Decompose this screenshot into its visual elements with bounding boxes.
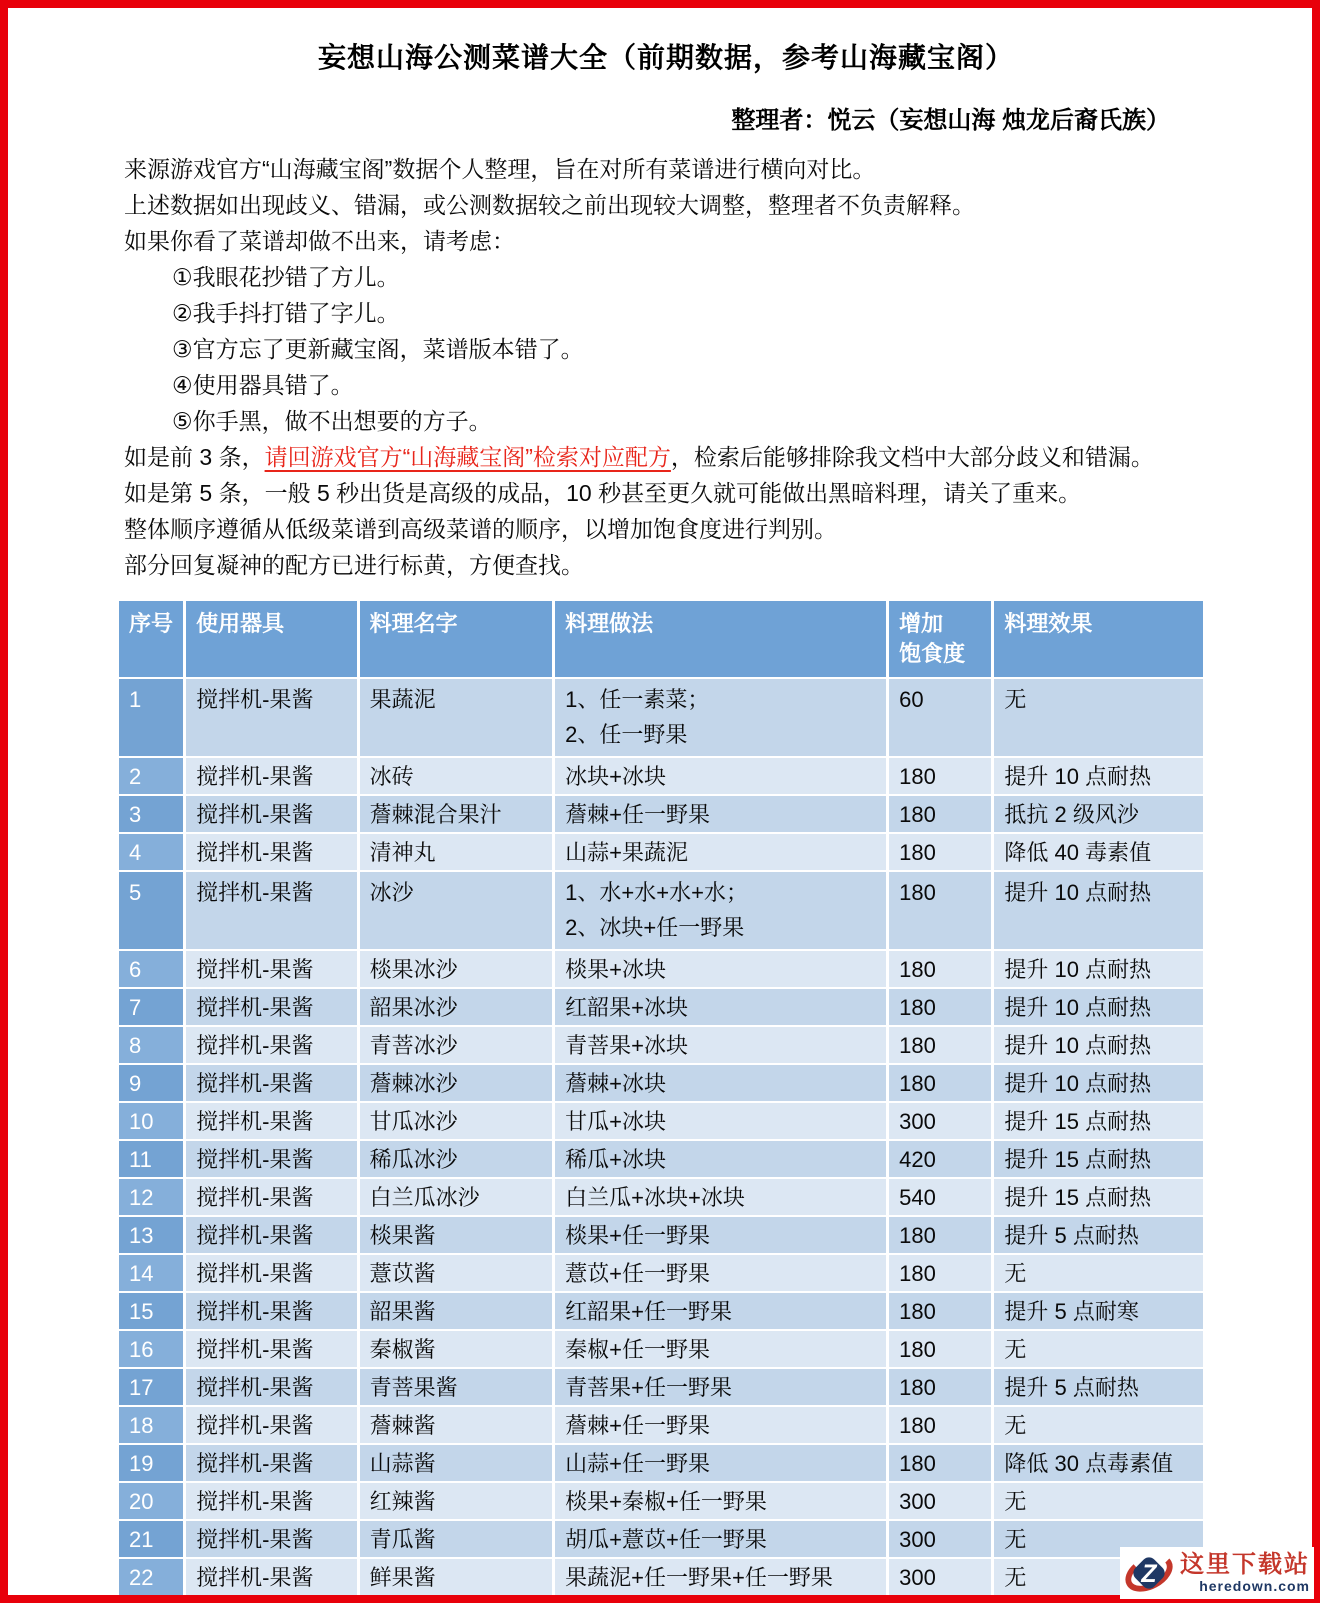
cell-serial: 13 bbox=[119, 1217, 183, 1253]
watermark-site-url: heredown.com bbox=[1199, 1578, 1310, 1594]
cell-satiety: 180 bbox=[889, 1407, 991, 1443]
cell-dish: 棪果冰沙 bbox=[360, 951, 553, 987]
cell-serial: 21 bbox=[119, 1521, 183, 1557]
table-row: 6 搅拌机-果酱 棪果冰沙 棪果+冰块 180 提升 10 点耐热 bbox=[119, 951, 1203, 987]
cell-dish: 甘瓜冰沙 bbox=[360, 1103, 553, 1139]
cell-dish: 清神丸 bbox=[360, 834, 553, 870]
table-row: 2 搅拌机-果酱 冰砖 冰块+冰块 180 提升 10 点耐热 bbox=[119, 758, 1203, 794]
reason-item-5: ⑤你手黑，做不出想要的方子。 bbox=[172, 403, 1208, 439]
cell-serial: 17 bbox=[119, 1369, 183, 1405]
svg-text:Z: Z bbox=[1140, 1561, 1157, 1588]
table-row: 20 搅拌机-果酱 红辣酱 棪果+秦椒+任一野果 300 无 bbox=[119, 1483, 1203, 1519]
cell-recipe: 棪果+任一野果 bbox=[555, 1217, 886, 1253]
cell-recipe: 稀瓜+冰块 bbox=[555, 1141, 886, 1177]
heredown-logo-icon: Z bbox=[1124, 1549, 1174, 1597]
table-row: 8 搅拌机-果酱 青菩冰沙 青菩果+冰块 180 提升 10 点耐热 bbox=[119, 1027, 1203, 1063]
cell-dish: 鲜果酱 bbox=[360, 1559, 553, 1595]
cell-recipe: 红韶果+冰块 bbox=[555, 989, 886, 1025]
cell-satiety: 180 bbox=[889, 758, 991, 794]
cell-tool: 搅拌机-果酱 bbox=[186, 951, 356, 987]
cell-effect: 提升 5 点耐热 bbox=[994, 1369, 1203, 1405]
cell-dish: 稀瓜冰沙 bbox=[360, 1141, 553, 1177]
cell-serial: 7 bbox=[119, 989, 183, 1025]
cell-dish: 韶果冰沙 bbox=[360, 989, 553, 1025]
cell-serial: 12 bbox=[119, 1179, 183, 1215]
cell-satiety: 180 bbox=[889, 1217, 991, 1253]
cell-satiety: 180 bbox=[889, 1027, 991, 1063]
reason-list: ①我眼花抄错了方儿。 ②我手抖打错了字儿。 ③官方忘了更新藏宝阁，菜谱版本错了。… bbox=[124, 259, 1208, 439]
cell-serial: 15 bbox=[119, 1293, 183, 1329]
note-recheck-suffix: ，检索后能够排除我文档中大部分歧义和错漏。 bbox=[671, 444, 1154, 470]
cell-effect: 提升 10 点耐热 bbox=[994, 951, 1203, 987]
table-row: 1 搅拌机-果酱 果蔬泥 1、任一素菜； 2、任一野果 60 无 bbox=[119, 679, 1203, 756]
cell-serial: 16 bbox=[119, 1331, 183, 1367]
cell-satiety: 180 bbox=[889, 796, 991, 832]
table-row: 7 搅拌机-果酱 韶果冰沙 红韶果+冰块 180 提升 10 点耐热 bbox=[119, 989, 1203, 1025]
cell-effect: 无 bbox=[994, 1483, 1203, 1519]
cell-serial: 8 bbox=[119, 1027, 183, 1063]
cell-serial: 20 bbox=[119, 1483, 183, 1519]
table-row: 17 搅拌机-果酱 青菩果酱 青菩果+任一野果 180 提升 5 点耐热 bbox=[119, 1369, 1203, 1405]
cell-tool: 搅拌机-果酱 bbox=[186, 679, 356, 756]
cell-satiety: 180 bbox=[889, 834, 991, 870]
table-row: 3 搅拌机-果酱 薝棘混合果汁 薝棘+任一野果 180 抵抗 2 级风沙 bbox=[119, 796, 1203, 832]
cell-recipe: 1、水+水+水+水； 2、冰块+任一野果 bbox=[555, 872, 886, 949]
watermark[interactable]: Z 这里下载站 heredown.com bbox=[1120, 1547, 1314, 1599]
cell-effect: 无 bbox=[994, 1331, 1203, 1367]
cell-dish: 青菩冰沙 bbox=[360, 1027, 553, 1063]
table-row: 12 搅拌机-果酱 白兰瓜冰沙 白兰瓜+冰块+冰块 540 提升 15 点耐热 bbox=[119, 1179, 1203, 1215]
cell-dish: 薝棘酱 bbox=[360, 1407, 553, 1443]
cell-recipe: 红韶果+任一野果 bbox=[555, 1293, 886, 1329]
cell-tool: 搅拌机-果酱 bbox=[186, 1065, 356, 1101]
cell-dish: 冰砖 bbox=[360, 758, 553, 794]
header-dish: 料理名字 bbox=[360, 601, 553, 677]
reason-item-1: ①我眼花抄错了方儿。 bbox=[172, 259, 1208, 295]
note-highlight: 部分回复凝神的配方已进行标黄，方便查找。 bbox=[124, 547, 1208, 583]
note-recheck: 如是前 3 条，请回游戏官方“山海藏宝阁”检索对应配方，检索后能够排除我文档中大… bbox=[124, 439, 1208, 475]
recipe-table: 序号 使用器具 料理名字 料理做法 增加 饱食度 料理效果 1 搅拌机-果酱 果… bbox=[116, 599, 1206, 1597]
cell-effect: 提升 10 点耐热 bbox=[994, 1027, 1203, 1063]
header-effect: 料理效果 bbox=[994, 601, 1203, 677]
cell-satiety: 180 bbox=[889, 989, 991, 1025]
header-recipe: 料理做法 bbox=[555, 601, 886, 677]
cell-serial: 18 bbox=[119, 1407, 183, 1443]
cell-recipe: 山蒜+果蔬泥 bbox=[555, 834, 886, 870]
cell-dish: 薝棘冰沙 bbox=[360, 1065, 553, 1101]
cell-recipe: 青菩果+任一野果 bbox=[555, 1369, 886, 1405]
cell-tool: 搅拌机-果酱 bbox=[186, 1103, 356, 1139]
cell-satiety: 540 bbox=[889, 1179, 991, 1215]
cell-serial: 9 bbox=[119, 1065, 183, 1101]
table-row: 16 搅拌机-果酱 秦椒酱 秦椒+任一野果 180 无 bbox=[119, 1331, 1203, 1367]
cell-effect: 提升 10 点耐热 bbox=[994, 1065, 1203, 1101]
reason-item-4: ④使用器具错了。 bbox=[172, 367, 1208, 403]
cell-effect: 提升 10 点耐热 bbox=[994, 872, 1203, 949]
cell-tool: 搅拌机-果酱 bbox=[186, 1141, 356, 1177]
treasure-pavilion-link[interactable]: 请回游戏官方“山海藏宝阁”检索对应配方 bbox=[265, 444, 671, 470]
table-row: 11 搅拌机-果酱 稀瓜冰沙 稀瓜+冰块 420 提升 15 点耐热 bbox=[119, 1141, 1203, 1177]
cell-tool: 搅拌机-果酱 bbox=[186, 1179, 356, 1215]
cell-satiety: 180 bbox=[889, 872, 991, 949]
cell-satiety: 180 bbox=[889, 1065, 991, 1101]
cell-satiety: 60 bbox=[889, 679, 991, 756]
cell-recipe: 薏苡+任一野果 bbox=[555, 1255, 886, 1291]
table-row: 14 搅拌机-果酱 薏苡酱 薏苡+任一野果 180 无 bbox=[119, 1255, 1203, 1291]
reason-item-3: ③官方忘了更新藏宝阁，菜谱版本错了。 bbox=[172, 331, 1208, 367]
cell-dish: 薏苡酱 bbox=[360, 1255, 553, 1291]
table-row: 13 搅拌机-果酱 棪果酱 棪果+任一野果 180 提升 5 点耐热 bbox=[119, 1217, 1203, 1253]
cell-dish: 秦椒酱 bbox=[360, 1331, 553, 1367]
table-row: 5 搅拌机-果酱 冰沙 1、水+水+水+水； 2、冰块+任一野果 180 提升 … bbox=[119, 872, 1203, 949]
cell-recipe: 山蒜+任一野果 bbox=[555, 1445, 886, 1481]
cell-satiety: 300 bbox=[889, 1483, 991, 1519]
cell-recipe: 秦椒+任一野果 bbox=[555, 1331, 886, 1367]
cell-recipe: 白兰瓜+冰块+冰块 bbox=[555, 1179, 886, 1215]
intro-line-3: 如果你看了菜谱却做不出来，请考虑： bbox=[124, 223, 1208, 259]
cell-satiety: 420 bbox=[889, 1141, 991, 1177]
cell-tool: 搅拌机-果酱 bbox=[186, 1521, 356, 1557]
cell-effect: 提升 10 点耐热 bbox=[994, 989, 1203, 1025]
cell-effect: 无 bbox=[994, 679, 1203, 756]
note-order: 整体顺序遵循从低级菜谱到高级菜谱的顺序，以增加饱食度进行判别。 bbox=[124, 511, 1208, 547]
cell-recipe: 冰块+冰块 bbox=[555, 758, 886, 794]
cell-effect: 降低 40 毒素值 bbox=[994, 834, 1203, 870]
table-row: 4 搅拌机-果酱 清神丸 山蒜+果蔬泥 180 降低 40 毒素值 bbox=[119, 834, 1203, 870]
cell-recipe: 1、任一素菜； 2、任一野果 bbox=[555, 679, 886, 756]
cell-tool: 搅拌机-果酱 bbox=[186, 1293, 356, 1329]
cell-serial: 2 bbox=[119, 758, 183, 794]
cell-tool: 搅拌机-果酱 bbox=[186, 1027, 356, 1063]
cell-effect: 提升 15 点耐热 bbox=[994, 1179, 1203, 1215]
cell-satiety: 180 bbox=[889, 951, 991, 987]
cell-tool: 搅拌机-果酱 bbox=[186, 834, 356, 870]
cell-effect: 提升 15 点耐热 bbox=[994, 1141, 1203, 1177]
cell-satiety: 180 bbox=[889, 1293, 991, 1329]
watermark-text: 这里下载站 heredown.com bbox=[1180, 1552, 1310, 1594]
cell-tool: 搅拌机-果酱 bbox=[186, 1255, 356, 1291]
cell-effect: 无 bbox=[994, 1407, 1203, 1443]
cell-effect: 无 bbox=[994, 1255, 1203, 1291]
cell-tool: 搅拌机-果酱 bbox=[186, 1445, 356, 1481]
cell-serial: 6 bbox=[119, 951, 183, 987]
cell-recipe: 棪果+冰块 bbox=[555, 951, 886, 987]
cell-tool: 搅拌机-果酱 bbox=[186, 989, 356, 1025]
cell-dish: 白兰瓜冰沙 bbox=[360, 1179, 553, 1215]
document-page: 妄想山海公测菜谱大全（前期数据，参考山海藏宝阁） 整理者：悦云（妄想山海 烛龙后… bbox=[0, 0, 1320, 1603]
cell-dish: 红辣酱 bbox=[360, 1483, 553, 1519]
header-serial: 序号 bbox=[119, 601, 183, 677]
cell-satiety: 300 bbox=[889, 1559, 991, 1595]
cell-effect: 提升 5 点耐寒 bbox=[994, 1293, 1203, 1329]
cell-recipe: 果蔬泥+任一野果+任一野果 bbox=[555, 1559, 886, 1595]
cell-dish: 棪果酱 bbox=[360, 1217, 553, 1253]
recipe-table-body: 1 搅拌机-果酱 果蔬泥 1、任一素菜； 2、任一野果 60 无 2 搅拌机-果… bbox=[119, 679, 1203, 1595]
document-content: 妄想山海公测菜谱大全（前期数据，参考山海藏宝阁） 整理者：悦云（妄想山海 烛龙后… bbox=[0, 0, 1320, 1597]
cell-effect: 提升 5 点耐热 bbox=[994, 1217, 1203, 1253]
cell-serial: 5 bbox=[119, 872, 183, 949]
table-row: 15 搅拌机-果酱 韶果酱 红韶果+任一野果 180 提升 5 点耐寒 bbox=[119, 1293, 1203, 1329]
cell-serial: 10 bbox=[119, 1103, 183, 1139]
intro-line-2: 上述数据如出现歧义、错漏，或公测数据较之前出现较大调整，整理者不负责解释。 bbox=[124, 187, 1208, 223]
cell-recipe: 甘瓜+冰块 bbox=[555, 1103, 886, 1139]
table-row: 22 搅拌机-果酱 鲜果酱 果蔬泥+任一野果+任一野果 300 无 bbox=[119, 1559, 1203, 1595]
cell-dish: 山蒜酱 bbox=[360, 1445, 553, 1481]
cell-tool: 搅拌机-果酱 bbox=[186, 1217, 356, 1253]
cell-tool: 搅拌机-果酱 bbox=[186, 1559, 356, 1595]
cell-recipe: 胡瓜+薏苡+任一野果 bbox=[555, 1521, 886, 1557]
cell-effect: 提升 10 点耐热 bbox=[994, 758, 1203, 794]
cell-dish: 薝棘混合果汁 bbox=[360, 796, 553, 832]
note-dark-dish: 如是第 5 条，一般 5 秒出货是高级的成品，10 秒甚至更久就可能做出黑暗料理… bbox=[124, 475, 1208, 511]
cell-serial: 1 bbox=[119, 679, 183, 756]
cell-dish: 冰沙 bbox=[360, 872, 553, 949]
cell-tool: 搅拌机-果酱 bbox=[186, 796, 356, 832]
recipe-table-header-row: 序号 使用器具 料理名字 料理做法 增加 饱食度 料理效果 bbox=[119, 601, 1203, 677]
cell-dish: 青瓜酱 bbox=[360, 1521, 553, 1557]
cell-satiety: 180 bbox=[889, 1255, 991, 1291]
table-row: 10 搅拌机-果酱 甘瓜冰沙 甘瓜+冰块 300 提升 15 点耐热 bbox=[119, 1103, 1203, 1139]
cell-serial: 3 bbox=[119, 796, 183, 832]
cell-dish: 青菩果酱 bbox=[360, 1369, 553, 1405]
cell-serial: 19 bbox=[119, 1445, 183, 1481]
cell-tool: 搅拌机-果酱 bbox=[186, 1407, 356, 1443]
cell-recipe: 薝棘+任一野果 bbox=[555, 1407, 886, 1443]
table-row: 19 搅拌机-果酱 山蒜酱 山蒜+任一野果 180 降低 30 点毒素值 bbox=[119, 1445, 1203, 1481]
cell-serial: 11 bbox=[119, 1141, 183, 1177]
header-satiety: 增加 饱食度 bbox=[889, 601, 991, 677]
cell-effect: 提升 15 点耐热 bbox=[994, 1103, 1203, 1139]
cell-satiety: 180 bbox=[889, 1331, 991, 1367]
header-tool: 使用器具 bbox=[186, 601, 356, 677]
cell-satiety: 300 bbox=[889, 1521, 991, 1557]
author-line: 整理者：悦云（妄想山海 烛龙后裔氏族） bbox=[124, 100, 1170, 135]
cell-tool: 搅拌机-果酱 bbox=[186, 758, 356, 794]
cell-recipe: 薝棘+冰块 bbox=[555, 1065, 886, 1101]
cell-effect: 抵抗 2 级风沙 bbox=[994, 796, 1203, 832]
watermark-site-name: 这里下载站 bbox=[1180, 1552, 1310, 1578]
cell-satiety: 300 bbox=[889, 1103, 991, 1139]
table-row: 21 搅拌机-果酱 青瓜酱 胡瓜+薏苡+任一野果 300 无 bbox=[119, 1521, 1203, 1557]
cell-recipe: 薝棘+任一野果 bbox=[555, 796, 886, 832]
cell-tool: 搅拌机-果酱 bbox=[186, 1331, 356, 1367]
cell-tool: 搅拌机-果酱 bbox=[186, 1369, 356, 1405]
cell-satiety: 180 bbox=[889, 1445, 991, 1481]
cell-serial: 22 bbox=[119, 1559, 183, 1595]
cell-recipe: 青菩果+冰块 bbox=[555, 1027, 886, 1063]
page-title: 妄想山海公测菜谱大全（前期数据，参考山海藏宝阁） bbox=[124, 36, 1208, 76]
table-row: 18 搅拌机-果酱 薝棘酱 薝棘+任一野果 180 无 bbox=[119, 1407, 1203, 1443]
cell-dish: 韶果酱 bbox=[360, 1293, 553, 1329]
reason-item-2: ②我手抖打错了字儿。 bbox=[172, 295, 1208, 331]
table-row: 9 搅拌机-果酱 薝棘冰沙 薝棘+冰块 180 提升 10 点耐热 bbox=[119, 1065, 1203, 1101]
cell-tool: 搅拌机-果酱 bbox=[186, 1483, 356, 1519]
note-recheck-prefix: 如是前 3 条， bbox=[124, 444, 265, 470]
cell-serial: 4 bbox=[119, 834, 183, 870]
cell-satiety: 180 bbox=[889, 1369, 991, 1405]
intro-line-1: 来源游戏官方“山海藏宝阁”数据个人整理，旨在对所有菜谱进行横向对比。 bbox=[124, 151, 1208, 187]
cell-recipe: 棪果+秦椒+任一野果 bbox=[555, 1483, 886, 1519]
cell-serial: 14 bbox=[119, 1255, 183, 1291]
cell-tool: 搅拌机-果酱 bbox=[186, 872, 356, 949]
cell-dish: 果蔬泥 bbox=[360, 679, 553, 756]
cell-effect: 降低 30 点毒素值 bbox=[994, 1445, 1203, 1481]
